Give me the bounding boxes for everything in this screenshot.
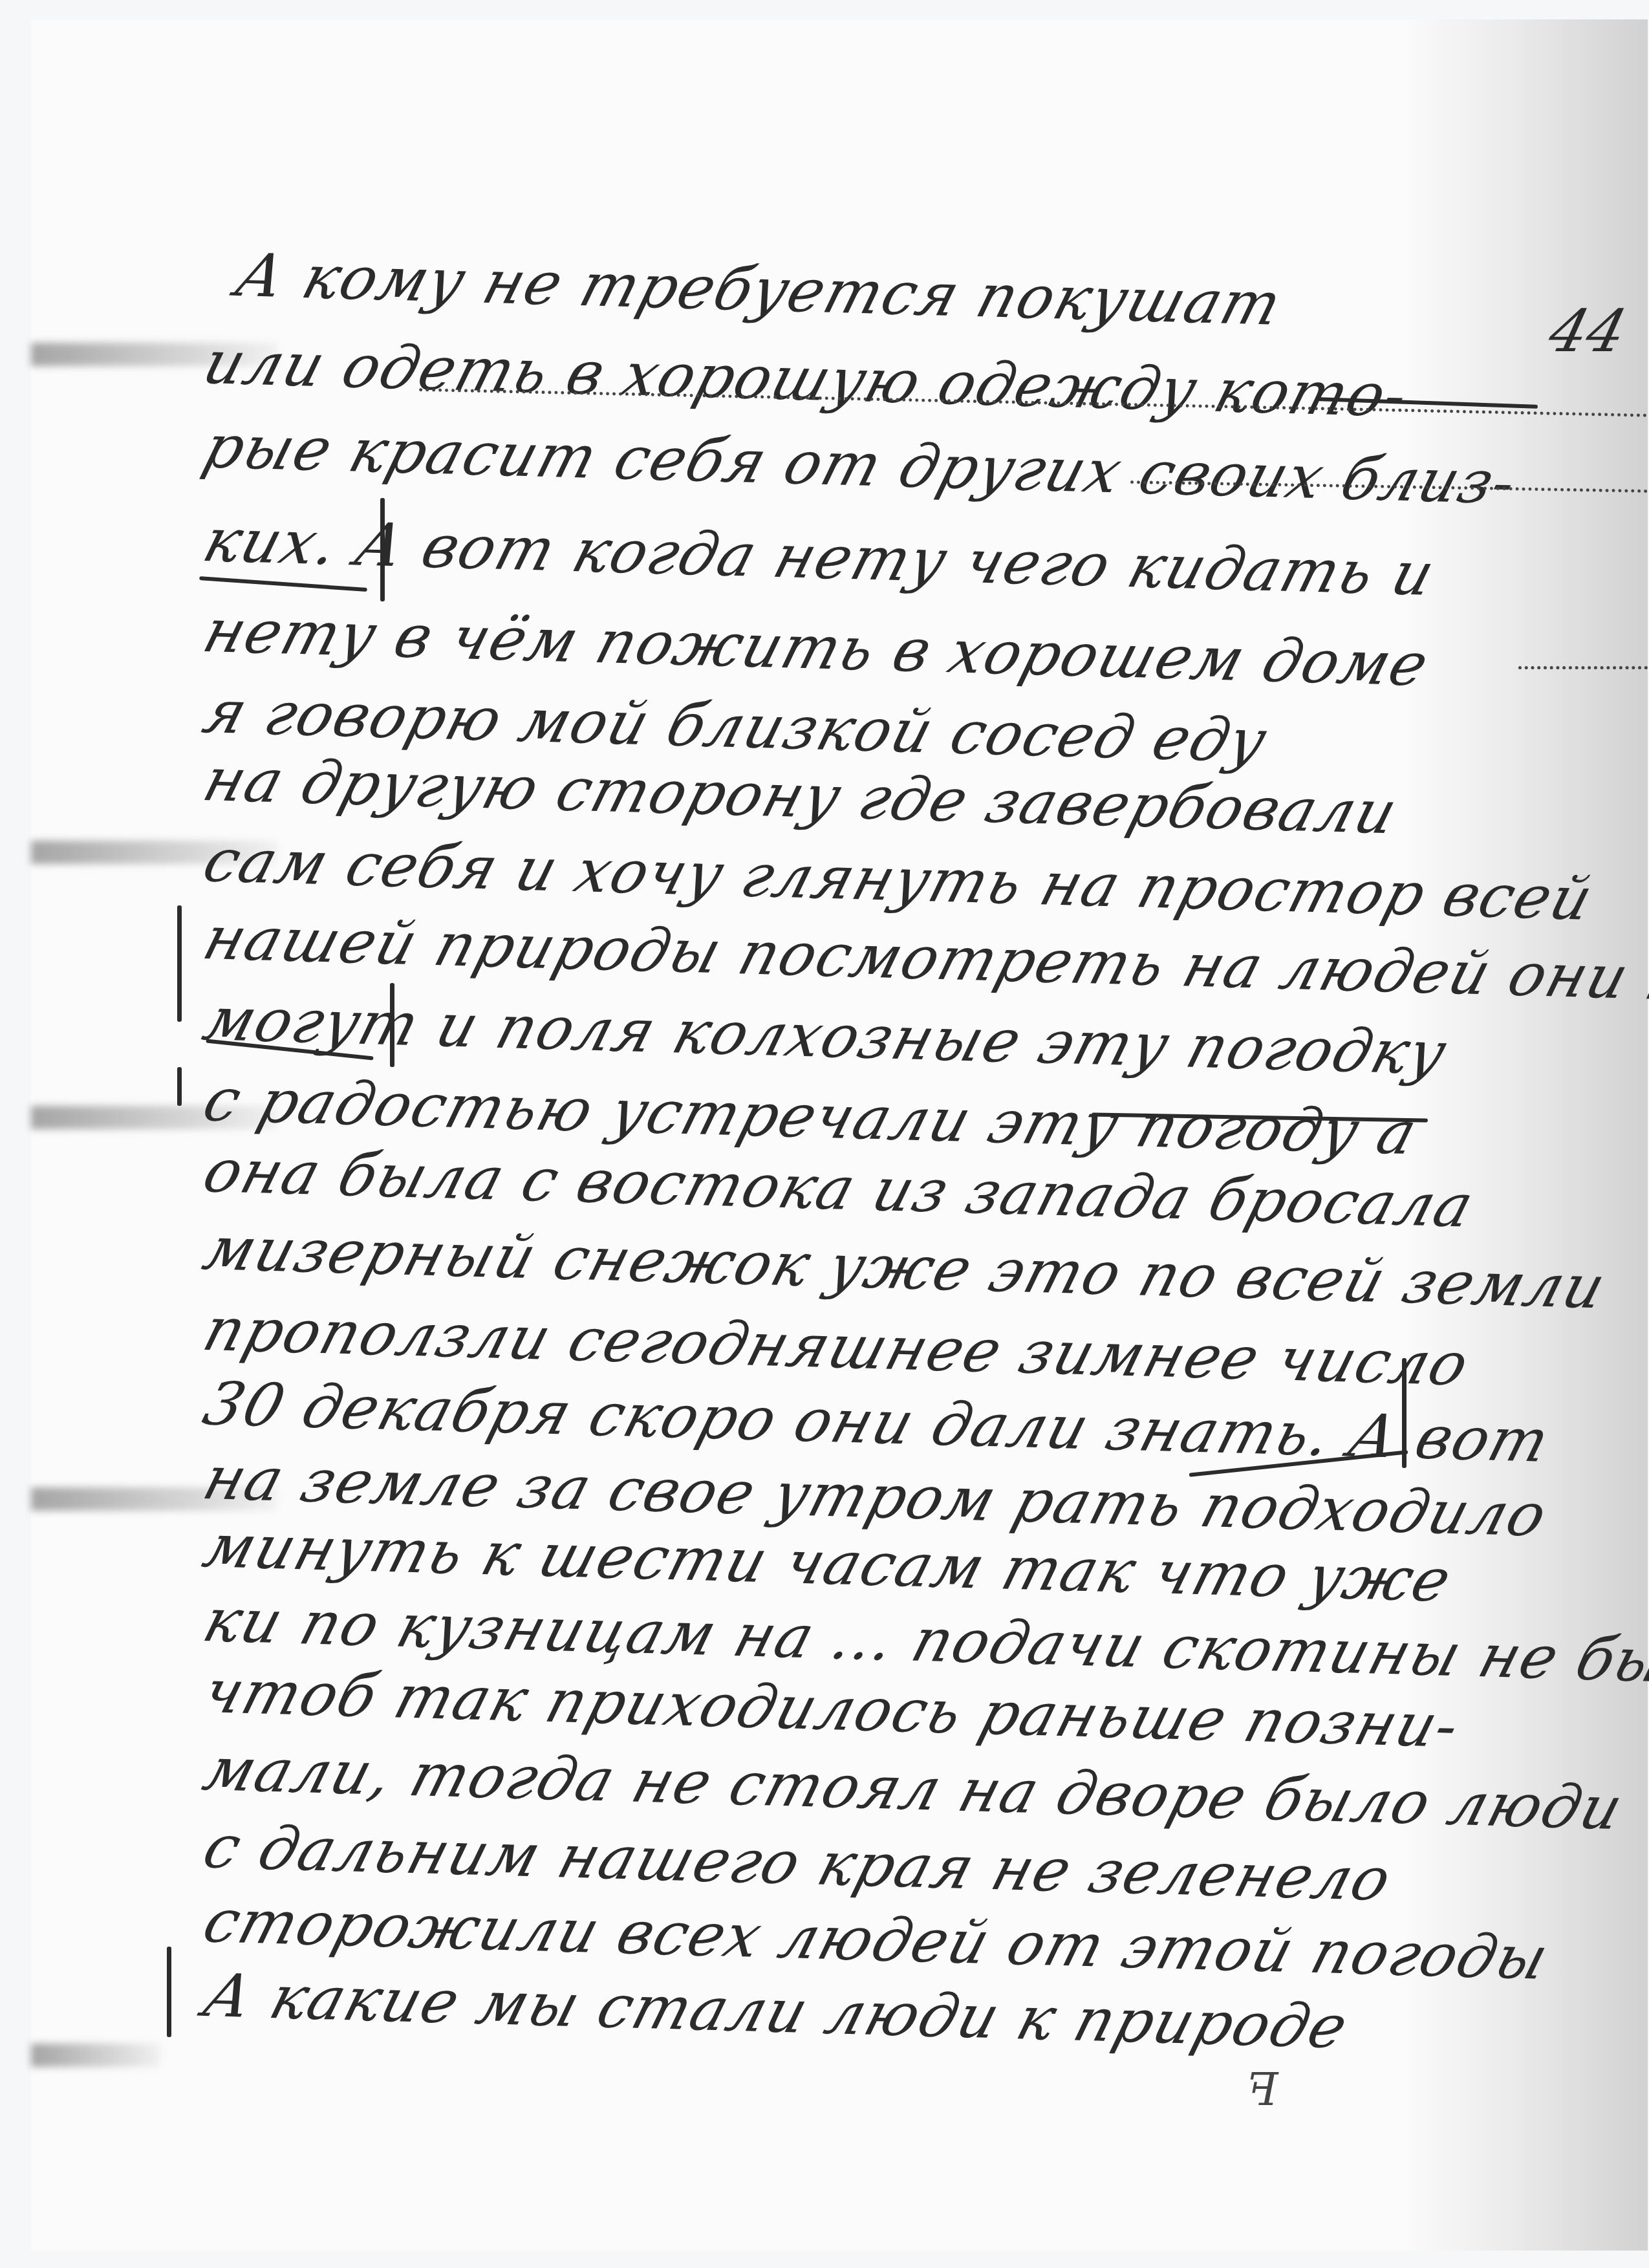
text-line: А кому не требуется покушат bbox=[230, 246, 1288, 334]
ruled-line bbox=[1518, 666, 1648, 669]
text-line: нету в чём пожить в хорошем доме bbox=[197, 601, 1436, 695]
text-line: рые красит себя от других своих близ- bbox=[197, 417, 1523, 513]
scan-smudge bbox=[31, 2044, 160, 2067]
text-line: или одеть в хорошую одежду кото- bbox=[197, 333, 1415, 426]
margin-bracket bbox=[177, 1067, 182, 1106]
bracket-mark bbox=[390, 983, 394, 1067]
bracket-mark bbox=[380, 498, 385, 601]
stray-scribble: ꟻ bbox=[1247, 2063, 1278, 2116]
margin-bracket bbox=[167, 1947, 171, 2037]
margin-bracket bbox=[177, 905, 182, 1022]
text-line: могут и поля колхозные эту погодку bbox=[197, 989, 1454, 1083]
manuscript-page: 44 А кому не требуется покушат или одеть… bbox=[31, 19, 1648, 2251]
